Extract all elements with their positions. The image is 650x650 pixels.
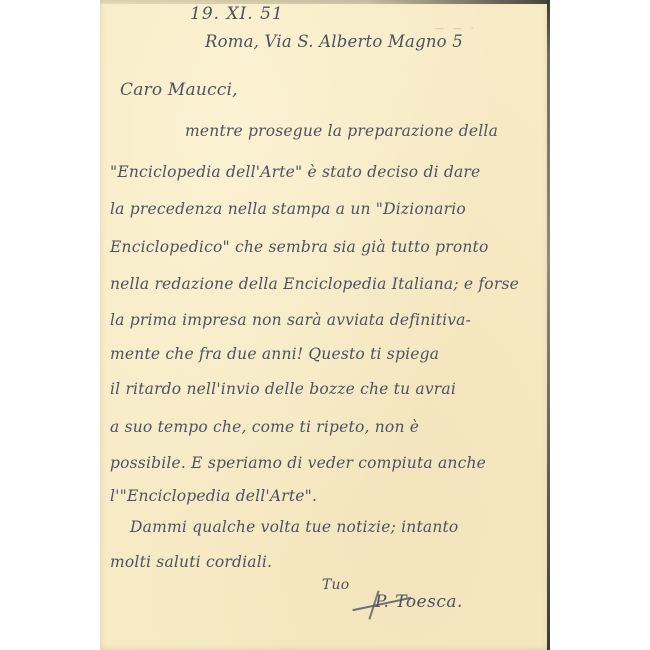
letter-address: Roma, Via S. Alberto Magno 5	[205, 32, 463, 51]
body-line: il ritardo nell'invio delle bozze che tu…	[110, 380, 456, 398]
body-line: molti saluti cordiali.	[110, 553, 272, 571]
body-line: Dammi qualche volta tue notizie; intanto	[130, 518, 458, 536]
letter-date: 19. XI. 51	[190, 4, 284, 24]
body-line: mentre prosegue la preparazione della	[185, 122, 498, 140]
letter-signature: P. Toesca.	[375, 592, 463, 612]
body-line: l'"Enciclopedia dell'Arte".	[110, 487, 317, 505]
body-line: la prima impresa non sarà avviata defini…	[110, 311, 471, 329]
body-line: nella redazione della Enciclopedia Itali…	[110, 275, 519, 293]
letter-closing: Tuo	[322, 577, 349, 593]
page-canvas: — — · 19. XI. 51 Roma, Via S. Alberto Ma…	[0, 0, 650, 650]
body-line: Enciclopedico" che sembra sia già tutto …	[110, 238, 489, 256]
body-line: possibile. E speriamo di veder compiuta …	[110, 454, 486, 472]
paper-top-edge	[100, 0, 548, 4]
body-line: mente che fra due anni! Questo ti spiega	[110, 345, 439, 363]
letter-salutation: Caro Maucci,	[120, 80, 238, 100]
body-line: "Enciclopedia dell'Arte" è stato deciso …	[110, 163, 480, 181]
paper-right-edge	[547, 0, 550, 650]
body-line: la precedenza nella stampa a un "Diziona…	[110, 200, 466, 218]
body-line: a suo tempo che, come ti ripeto, non è	[110, 418, 419, 436]
